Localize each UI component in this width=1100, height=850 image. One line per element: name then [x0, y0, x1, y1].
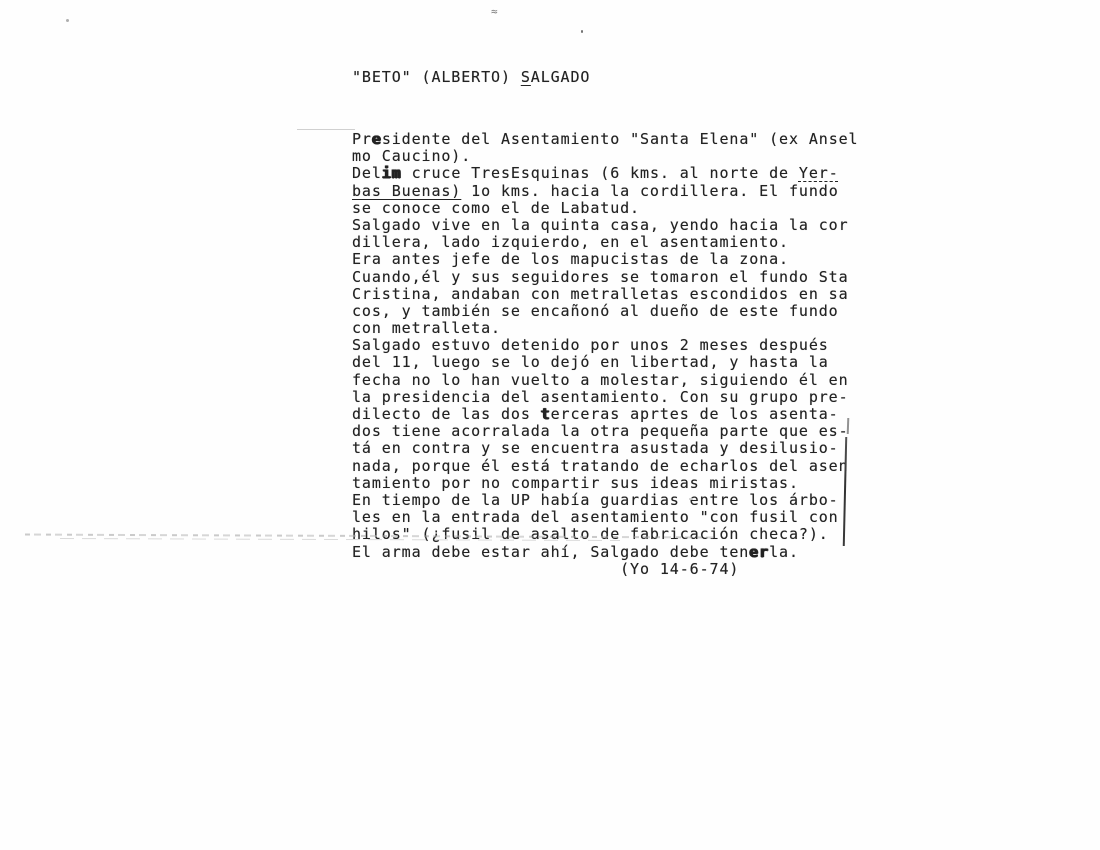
text-segment: im	[382, 164, 402, 182]
typed-line: Cristina, andaban con metralletas escond…	[352, 286, 912, 303]
text-segment: t	[541, 405, 551, 423]
text-segment: 1o kms. hacia la cordillera. El fundo	[461, 182, 838, 200]
scanned-document-page: "BETO" (ALBERTO) SALGADO Presidente del …	[0, 0, 1100, 850]
typed-line: se conoce como el de Labatud.	[352, 200, 912, 217]
text-segment: bas Buenas)	[352, 182, 461, 200]
typed-line: Delim cruce TresEsquinas (6 kms. al nort…	[352, 165, 912, 182]
text-segment: sidente del Asentamiento "Santa Elena" (…	[382, 130, 859, 148]
text-segment: con metralleta.	[352, 319, 501, 337]
text-segment: erceras aprtes de los asenta-	[551, 405, 839, 423]
typed-line: Cuando,él y sus seguidores se tomaron el…	[352, 269, 912, 286]
scan-dot-icon	[581, 30, 583, 33]
text-segment: la.	[769, 543, 799, 561]
scan-speck-icon	[66, 19, 69, 22]
typed-line: bas Buenas) 1o kms. hacia la cordillera.…	[352, 183, 912, 200]
text-segment: er	[749, 543, 769, 561]
typed-line: Presidente del Asentamiento "Santa Elena…	[352, 131, 912, 148]
typed-line: En tiempo de la UP había guardias entre …	[352, 492, 912, 509]
text-segment: ALGADO	[531, 68, 591, 86]
text-segment: Cristina, andaban con metralletas escond…	[352, 285, 849, 303]
text-segment: dos tiene acorralada la otra pequeña par…	[352, 422, 849, 440]
text-segment: dilecto de las dos	[352, 405, 541, 423]
typed-line: del 11, luego se lo dejó en libertad, y …	[352, 354, 912, 371]
typed-line: dillera, lado izquierdo, en el asentamie…	[352, 234, 912, 251]
typed-line: dilecto de las dos terceras aprtes de lo…	[352, 406, 912, 423]
text-segment: e	[372, 130, 382, 148]
text-segment: En tiempo de la UP había guardias entre …	[352, 491, 839, 509]
text-segment: cos, y también se encañonó al dueño de e…	[352, 302, 839, 320]
text-segment: Del	[352, 164, 382, 182]
text-segment: tá en contra y se encuentra asustada y d…	[352, 439, 839, 457]
document-body: Presidente del Asentamiento "Santa Elena…	[352, 131, 912, 578]
typed-line: mo Caucino).	[352, 148, 912, 165]
typed-line: Salgado estuvo detenido por unos 2 meses…	[352, 337, 912, 354]
text-segment: S	[521, 68, 531, 86]
typed-line: les en la entrada del asentamiento "con …	[352, 509, 912, 526]
text-segment: cruce TresEsquinas (6 kms. al norte de	[402, 164, 799, 182]
text-segment: Salgado estuvo detenido por unos 2 meses…	[352, 336, 829, 354]
text-segment: (Yo 14-6-74)	[352, 560, 739, 578]
typed-line: (Yo 14-6-74)	[352, 561, 912, 578]
typed-line: fecha no lo han vuelto a molestar, sigui…	[352, 372, 912, 389]
typed-line: dos tiene acorralada la otra pequeña par…	[352, 423, 912, 440]
typed-line: la presidencia del asentamiento. Con su …	[352, 389, 912, 406]
typed-line: tamiento por no compartir sus ideas miri…	[352, 475, 912, 492]
text-segment: tamiento por no compartir sus ideas miri…	[352, 474, 799, 492]
text-segment: mo Caucino).	[352, 147, 471, 165]
text-segment: Yer-	[799, 164, 839, 182]
text-segment: El arma debe estar ahí, Salgado debe ten	[352, 543, 749, 561]
scan-smudge-icon	[689, 498, 693, 500]
text-segment: "BETO" (ALBERTO)	[352, 68, 521, 86]
typed-line: El arma debe estar ahí, Salgado debe ten…	[352, 544, 912, 561]
text-segment: fecha no lo han vuelto a molestar, sigui…	[352, 371, 849, 389]
text-segment: Cuando,él y sus seguidores se tomaron el…	[352, 268, 849, 286]
text-segment: del 11, luego se lo dejó en libertad, y …	[352, 353, 829, 371]
text-segment: la presidencia del asentamiento. Con su …	[352, 388, 849, 406]
text-segment: les en la entrada del asentamiento "con …	[352, 508, 839, 526]
text-segment: Pr	[352, 130, 372, 148]
text-segment: dillera, lado izquierdo, en el asentamie…	[352, 233, 789, 251]
typed-text-block: "BETO" (ALBERTO) SALGADO Presidente del …	[352, 35, 912, 612]
document-title: "BETO" (ALBERTO) SALGADO	[352, 69, 912, 86]
text-segment: nada, porque él está tratando de echarlo…	[352, 457, 849, 475]
text-segment: Salgado vive en la quinta casa, yendo ha…	[352, 216, 849, 234]
scan-squiggle-icon: ≈	[491, 5, 498, 18]
typed-line: nada, porque él está tratando de echarlo…	[352, 458, 912, 475]
typed-line: con metralleta.	[352, 320, 912, 337]
typed-line: tá en contra y se encuentra asustada y d…	[352, 440, 912, 457]
text-segment: se conoce como el de Labatud.	[352, 199, 640, 217]
text-segment: Era antes jefe de los mapucistas de la z…	[352, 250, 789, 268]
typed-line: Era antes jefe de los mapucistas de la z…	[352, 251, 912, 268]
typed-line: Salgado vive en la quinta casa, yendo ha…	[352, 217, 912, 234]
pencil-underline-extension	[297, 129, 355, 130]
typed-line: cos, y también se encañonó al dueño de e…	[352, 303, 912, 320]
